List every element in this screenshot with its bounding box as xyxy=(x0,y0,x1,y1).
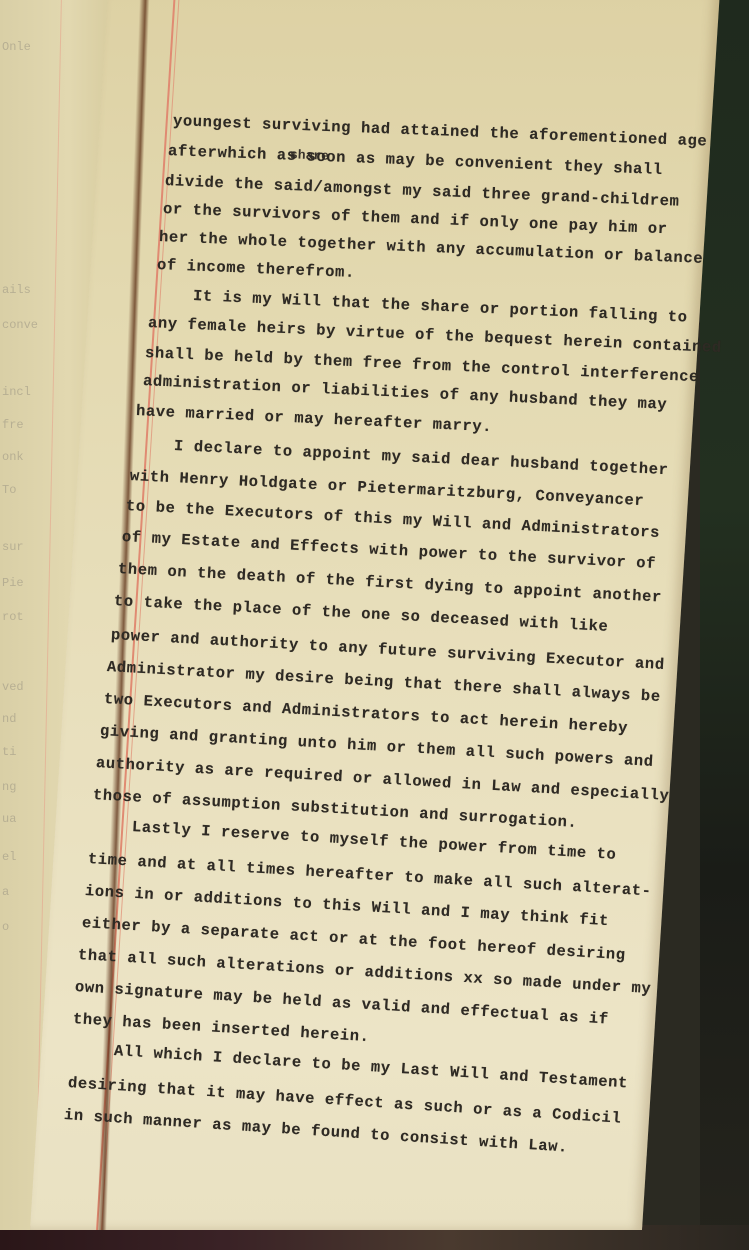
text-line: of income therefrom. xyxy=(157,256,356,282)
text-line: afterwhich as soon as may be convenient … xyxy=(168,142,663,179)
text-line: they has been inserted herein. xyxy=(72,1010,370,1046)
will-text: share youngest surviving had attained th… xyxy=(0,0,749,1250)
text-line: have married or may hereafter marry. xyxy=(136,402,493,436)
document-photo: Onle ails conve incl fre onk To sur Pie … xyxy=(0,0,749,1250)
